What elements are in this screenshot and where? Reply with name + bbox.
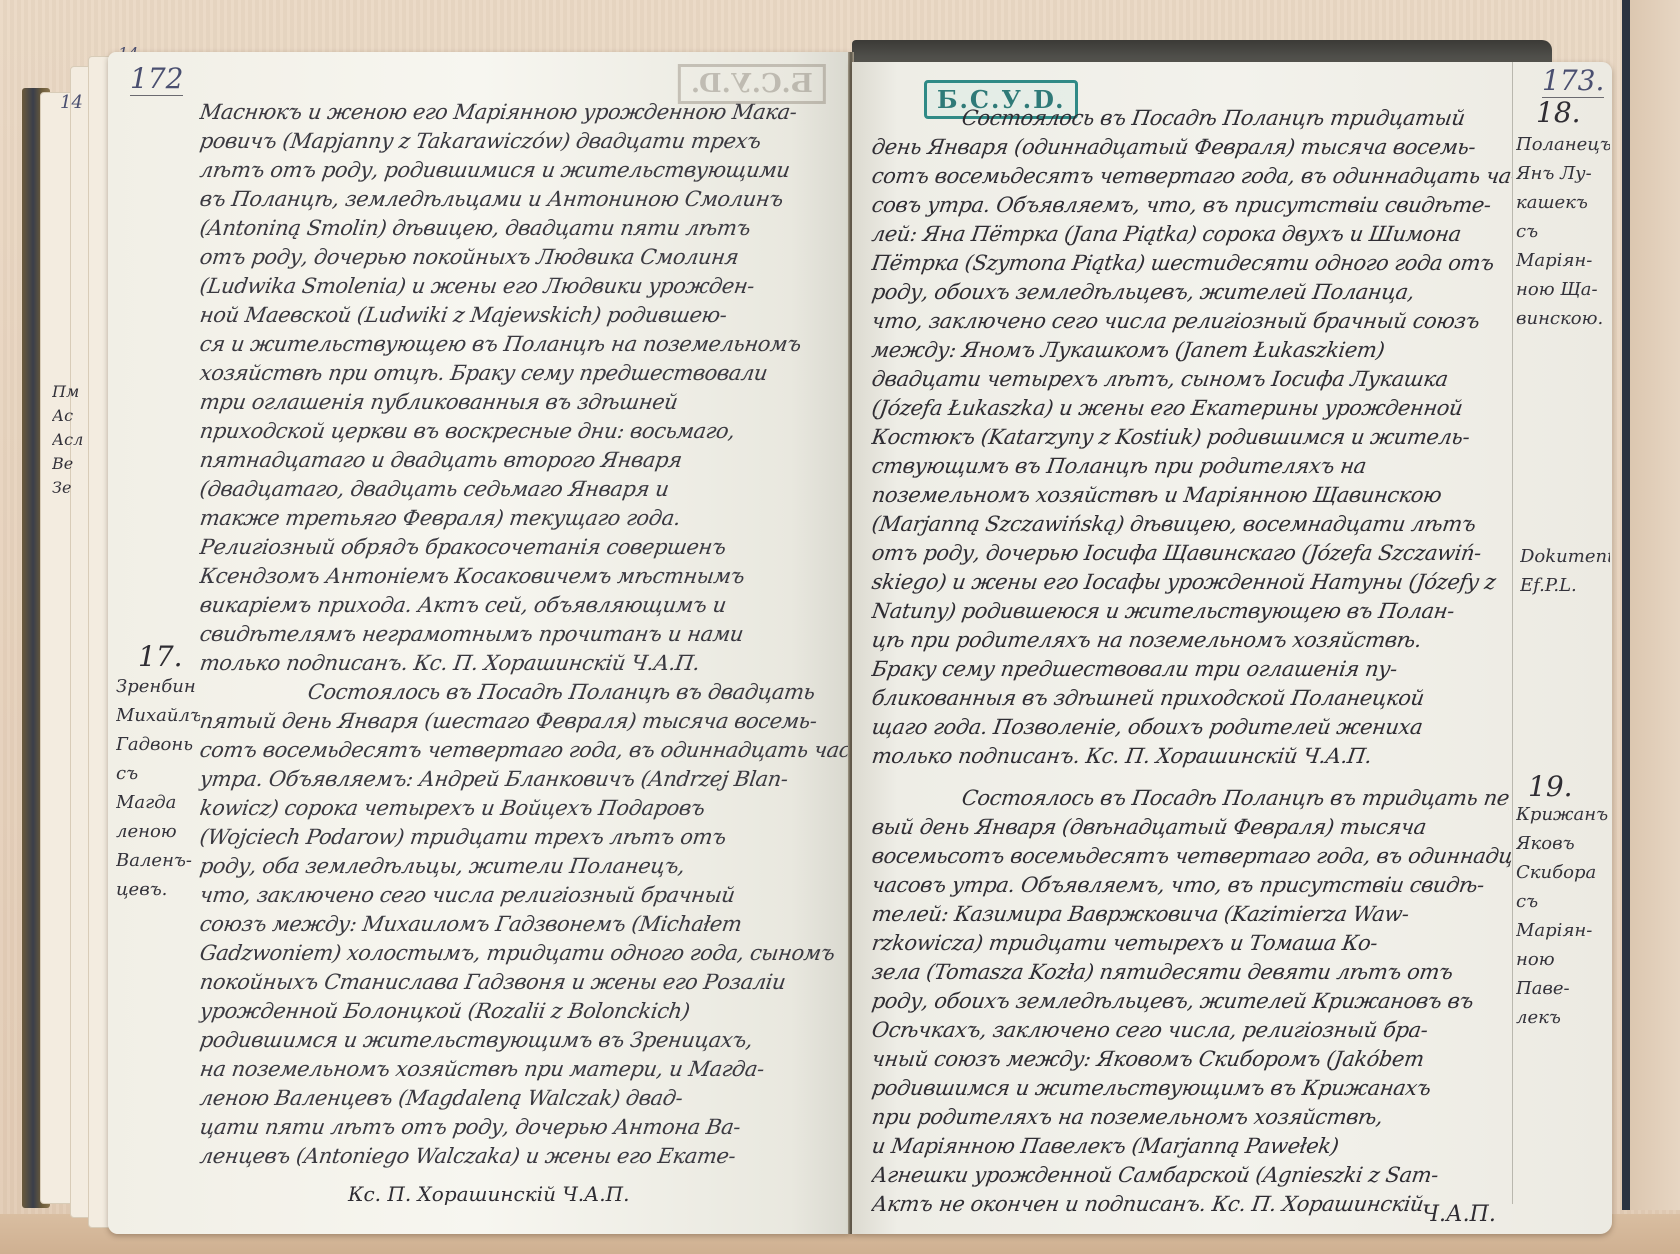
- text-line: пятнадцатаго и двадцать второго Января: [198, 444, 842, 476]
- entry-number-19: 19.: [1528, 770, 1573, 803]
- text-line: Состоялось въ Посадѣ Поланцѣ въ тридцать…: [960, 782, 1512, 814]
- left-page: 172 Б.С.У.D. Маснюкъ и женою его Марiянн…: [108, 52, 850, 1234]
- text-line: ся и жительствующею въ Поланцѣ на поземе…: [198, 328, 842, 360]
- text-line: утра. Объявляемъ: Андрей Бланковичъ (And…: [198, 763, 850, 795]
- margin-note-document: Dokument Ef.P.L.: [1520, 542, 1610, 600]
- text-line: часовъ утра. Объявляемъ, что, въ присутс…: [870, 869, 1514, 901]
- background-wall: [1630, 0, 1680, 1210]
- text-line: Пётрка (Szymona Piątka) шестидесяти одно…: [870, 247, 1514, 279]
- text-line: что, заключено сего числа религіозный бр…: [870, 305, 1514, 337]
- text-line: ленцевъ (Antoniego Walczaka) и жены его …: [198, 1140, 850, 1172]
- entry-number-18: 18.: [1536, 96, 1581, 129]
- margin-note-entry-17: Зренбин Михайлъ Гадвонь съ Магда леною В…: [116, 672, 200, 904]
- text-line: родившимся и жительствующимъ въ Крижанах…: [870, 1072, 1514, 1104]
- text-line: (двадцатаго, двадцать седьмаго Января и: [198, 473, 842, 505]
- page-number-left: 172: [130, 62, 183, 96]
- text-line: сотъ восемьдесятъ четвертаго года, въ од…: [198, 734, 850, 766]
- text-line: приходской церкви въ воскресные дни: вос…: [198, 415, 842, 447]
- text-line: (Marjanną Szczawińską) дѣвицею, восемнад…: [870, 508, 1514, 540]
- text-line: только подписанъ. Кс. П. Хорашинскiй Ч.А…: [870, 740, 1514, 772]
- text-line: (Ludwika Smolenia) и жены его Людвики ур…: [198, 270, 842, 302]
- text-line: Ксендзомъ Антоніемъ Косаковичемъ мѣстным…: [198, 560, 842, 592]
- text-line: сотъ восемьдесятъ четвертаго года, въ од…: [870, 160, 1514, 192]
- text-line: роду, оба земледѣльцы, жители Поланецъ,: [198, 850, 850, 882]
- text-line: лей: Яна Пётрка (Jana Piątka) сорока дву…: [870, 218, 1514, 250]
- right-page: Б.С.У.D. 173. 18. Поланецъ Янъ Лу- кашек…: [852, 62, 1612, 1234]
- text-line: роду, обоихъ земледѣльцевъ, жителей Криж…: [870, 985, 1514, 1017]
- text-line: Агнешки урожденной Самбарской (Agnieszki…: [870, 1159, 1514, 1191]
- signature-right: Ч.А.П.: [1422, 1202, 1496, 1227]
- text-line: въ Поланцѣ, земледѣльцами и Антониною См…: [198, 183, 842, 215]
- text-line: лѣтъ отъ роду, родившимися и жительствую…: [198, 154, 842, 186]
- text-line: урожденной Болонцкой (Rozalii z Boloncki…: [198, 995, 850, 1027]
- text-line: ной Маевской (Ludwiki z Majewskich) роди…: [198, 299, 842, 331]
- text-line: бликованныя въ здѣшней приходской Полане…: [870, 682, 1514, 714]
- text-line: ствующимъ въ Поланцѣ при родителяхъ на: [870, 450, 1514, 482]
- text-line: совъ утра. Объявляемъ, что, въ присутств…: [870, 189, 1514, 221]
- text-line: отъ роду, дочерью покойныхъ Людвика Смол…: [198, 241, 842, 273]
- text-line: kowicz) сорока четырехъ и Войцехъ Подаро…: [198, 792, 850, 824]
- page-number-right: 173.: [1542, 64, 1604, 98]
- text-line: щаго года. Позволеніе, обоихъ родителей …: [870, 711, 1514, 743]
- text-line: Состоялось въ Посадѣ Поланцѣ тридцатый: [960, 102, 1512, 134]
- text-line: Актъ не окончен и подписанъ. Кс. П. Хора…: [870, 1188, 1514, 1220]
- text-line: (Józefa Łukaszka) и жены его Екатерины у…: [870, 392, 1514, 424]
- text-line: Браку сему предшествовали три оглашенія …: [870, 653, 1514, 685]
- text-line: при родителяхъ на поземельномъ хозяйствѣ…: [870, 1101, 1514, 1133]
- text-line: что, заключено сего числа религіозный бр…: [198, 879, 850, 911]
- text-line: родившимся и жительствующимъ въ Зреницах…: [198, 1024, 850, 1056]
- text-line: (Wojciech Podarow) тридцати трехъ лѣтъ о…: [198, 821, 850, 853]
- text-line: также третьяго Февраля) текущаго года.: [198, 502, 842, 534]
- text-line: на поземельномъ хозяйствѣ при матери, и …: [198, 1053, 850, 1085]
- entry-number-17: 17.: [138, 640, 183, 673]
- text-line: хозяйствѣ при отцѣ. Браку сему предшеств…: [198, 357, 842, 389]
- text-line: викаріемъ прихода. Актъ сей, объявляющим…: [198, 589, 842, 621]
- text-line: skiego) и жены его Іосафы урожденной Нат…: [870, 566, 1514, 598]
- margin-note-entry-19: Крижанъ Яковъ Скибора съ Марiян- ною Пав…: [1516, 800, 1610, 1032]
- text-line: чный союзъ между: Яковомъ Скиборомъ (Jak…: [870, 1043, 1514, 1075]
- text-line: зела (Tomasza Kozła) пятидесяти девяти л…: [870, 956, 1514, 988]
- text-line: Gadzwoniem) холостымъ, тридцати одного г…: [198, 937, 850, 969]
- text-line: свидѣтелямъ неграмотнымъ прочитанъ и нам…: [198, 618, 842, 650]
- text-line: цати пяти лѣтъ отъ роду, дочерью Антона …: [198, 1111, 850, 1143]
- text-line: союзъ между: Михаиломъ Гадзвонемъ (Micha…: [198, 908, 850, 940]
- text-line: Осѣчкахъ, заключено сего числа, религіоз…: [870, 1014, 1514, 1046]
- text-line: день Января (одиннадцатый Февраля) тысяч…: [870, 131, 1514, 163]
- margin-note-entry-18: Поланецъ Янъ Лу- кашекъ съ Марiян- ною Щ…: [1516, 130, 1610, 333]
- edge-fragment-notes: Пм Ас Асл Ве Зе: [52, 380, 102, 500]
- text-line: телей: Казимира Вавржковича (Kazimierza …: [870, 898, 1514, 930]
- text-line: Религіозный обрядъ бракосочетанія соверш…: [198, 531, 842, 563]
- text-line: rzkowicza) тридцати четырехъ и Томаша Ко…: [870, 927, 1514, 959]
- text-line: отъ роду, дочерью Іосифа Щавинскаго (Józ…: [870, 537, 1514, 569]
- signature-left: Кс. П. Хорашинскiй Ч.А.П.: [348, 1182, 629, 1206]
- text-line: Natuny) родившеюся и жительствующею въ П…: [870, 595, 1514, 627]
- text-line: только подписанъ. Кс. П. Хорашинскiй Ч.А…: [198, 647, 842, 679]
- text-line: (Antoniną Smolin) дѣвицею, двадцати пяти…: [198, 212, 842, 244]
- text-line: между: Яномъ Лукашкомъ (Janem Łukaszkiem…: [870, 334, 1514, 366]
- edge-page-number: 14: [60, 92, 83, 113]
- book-cover-edge: [1622, 0, 1630, 1210]
- text-line: три оглашенія публикованныя въ здѣшней: [198, 386, 842, 418]
- text-line: покойныхъ Станислава Гадзвоня и жены его…: [198, 966, 850, 998]
- text-line: леною Валенцевъ (Magdaleną Walczak) двад…: [198, 1082, 850, 1114]
- text-line: цѣ при родителяхъ на поземельномъ хозяйс…: [870, 624, 1514, 656]
- text-line: поземельномъ хозяйствѣ и Марiянною Щавин…: [870, 479, 1514, 511]
- text-line: Состоялось въ Посадѣ Поланцѣ въ двадцать: [306, 676, 850, 708]
- text-line: вый день Января (двѣнадцатый Февраля) ты…: [870, 811, 1514, 843]
- text-line: пятый день Января (шестаго Февраля) тыся…: [198, 705, 850, 737]
- text-line: и Марiянною Павелекъ (Marjanną Pawełek): [870, 1130, 1514, 1162]
- text-line: восемьсотъ восемьдесятъ четвертаго года,…: [870, 840, 1514, 872]
- text-line: ровичъ (Марjanny z Takarawiczów) двадцат…: [198, 125, 842, 157]
- text-line: Костюкъ (Katarzyny z Kostiuk) родившимся…: [870, 421, 1514, 453]
- text-line: роду, обоихъ земледѣльцевъ, жителей Пола…: [870, 276, 1514, 308]
- text-line: Маснюкъ и женою его Марiянною урожденною…: [198, 96, 842, 128]
- text-line: двадцати четырехъ лѣтъ, сыномъ Іосифа Лу…: [870, 363, 1514, 395]
